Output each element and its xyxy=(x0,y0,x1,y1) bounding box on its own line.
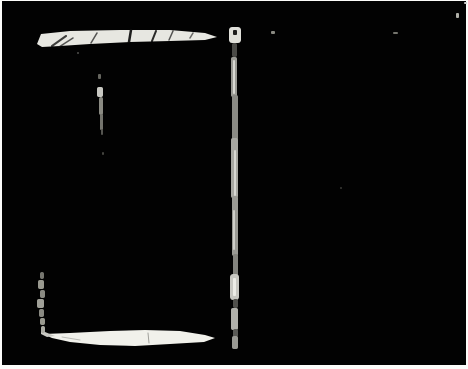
left-seam-dot xyxy=(37,299,44,308)
latch-mark-dot xyxy=(98,74,101,79)
faint-speck xyxy=(456,13,459,18)
right-seam-segment xyxy=(231,308,238,330)
scan-page xyxy=(0,0,468,369)
latch-mark-bright-hook xyxy=(97,87,103,97)
faint-speck xyxy=(102,152,104,155)
latch-mark-shaft xyxy=(100,114,103,130)
latch-mark-shaft xyxy=(99,97,103,115)
photo-canvas xyxy=(0,0,468,369)
right-seam-gap xyxy=(233,299,238,308)
latch-mark-tail xyxy=(101,129,103,135)
right-seam-core-highlight xyxy=(234,150,236,196)
right-seam-segment xyxy=(232,43,237,57)
faint-speck xyxy=(77,52,79,54)
right-seam-gap xyxy=(233,329,238,337)
right-seam-core-highlight xyxy=(233,60,235,94)
left-seam-dot xyxy=(40,272,44,279)
right-seam-top-blob-mark xyxy=(233,30,237,35)
faint-speck xyxy=(271,31,275,34)
left-seam-dot xyxy=(39,309,44,317)
right-seam-core-highlight xyxy=(233,278,236,296)
left-seam-dot xyxy=(41,326,45,333)
faint-speck xyxy=(393,32,398,34)
left-seam-dot xyxy=(40,318,45,325)
left-seam-dot xyxy=(38,280,44,289)
right-seam-tail xyxy=(232,336,238,349)
right-seam-core-highlight xyxy=(233,210,235,250)
faint-speck xyxy=(464,2,467,4)
right-seam-segment xyxy=(233,254,238,276)
right-seam-segment xyxy=(232,95,238,140)
left-seam-dot xyxy=(40,290,45,298)
faint-speck xyxy=(340,187,342,189)
